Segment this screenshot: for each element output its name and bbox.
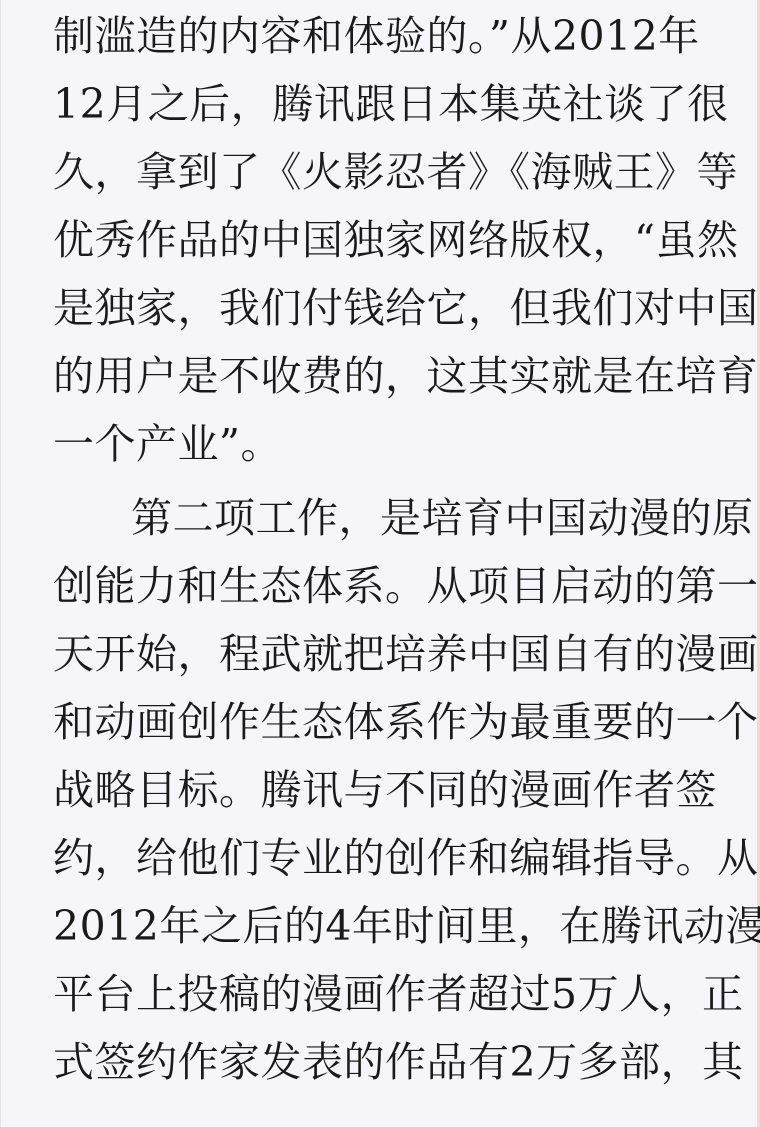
text-line: 创能力和生态体系。从项目启动的第一 xyxy=(53,552,759,620)
text-line: 一个产业”。 xyxy=(53,410,282,478)
text-line: 式签约作家发表的作品有2万多部，其 xyxy=(53,1028,744,1096)
document-page: 制滥造的内容和体验的。”从2012年 12月之后，腾讯跟日本集英社谈了很 久，拿… xyxy=(0,0,760,1127)
text-line: 优秀作品的中国独家网络版权，“虽然 xyxy=(53,206,738,274)
text-line: 2012年之后的4年时间里，在腾讯动漫 xyxy=(53,892,760,960)
text-line: 是独家，我们付钱给它，但我们对中国 xyxy=(53,274,759,342)
text-line: 战略目标。腾讯与不同的漫画作者签 xyxy=(53,756,717,824)
text-line: 12月之后，腾讯跟日本集英社谈了很 xyxy=(53,70,729,138)
text-line: 久，拿到了《火影忍者》《海贼王》等 xyxy=(53,138,738,206)
text-line: 平台上投稿的漫画作者超过5万人，正 xyxy=(53,960,744,1028)
text-line: 天开始，程武就把培养中国自有的漫画 xyxy=(53,620,759,688)
text-line: 和动画创作生态体系作为最重要的一个 xyxy=(53,688,759,756)
text-line: 的用户是不收费的，这其实就是在培育 xyxy=(53,342,759,410)
text-line: 制滥造的内容和体验的。”从2012年 xyxy=(53,2,700,70)
text-line-indented: 第二项工作，是培育中国动漫的原 xyxy=(131,484,754,552)
text-line: 约，给他们专业的创作和编辑指导。从 xyxy=(53,824,759,892)
